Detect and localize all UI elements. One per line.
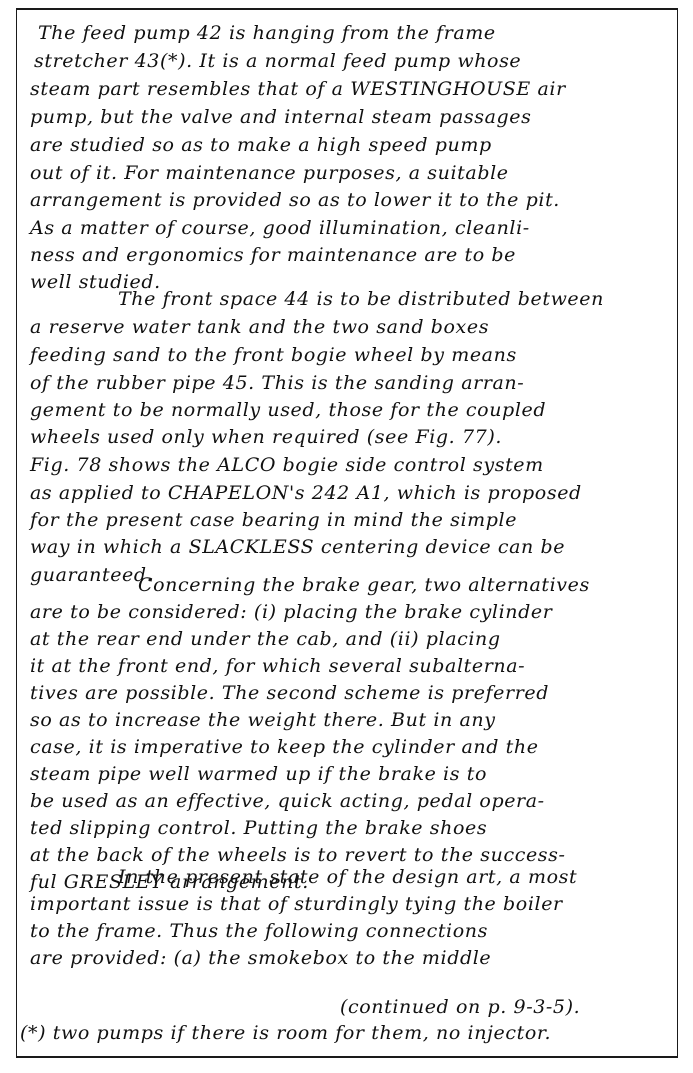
text-line: of the rubber pipe 45. This is the sandi…: [30, 372, 524, 394]
text-line: ted slipping control. Putting the brake …: [30, 817, 487, 839]
text-line: feeding sand to the front bogie wheel by…: [30, 344, 517, 366]
text-line: at the rear end under the cab, and (ii) …: [30, 628, 501, 650]
manuscript-page: The feed pump 42 is hanging from the fra…: [0, 0, 693, 1073]
text-line: The feed pump 42 is hanging from the fra…: [38, 22, 496, 44]
text-line: way in which a SLACKLESS centering devic…: [30, 536, 565, 558]
text-line: Fig. 78 shows the ALCO bogie side contro…: [30, 454, 544, 476]
text-line: guaranteed.: [30, 564, 153, 586]
text-line: wheels used only when required (see Fig.…: [30, 426, 502, 448]
text-line: case, it is imperative to keep the cylin…: [30, 736, 539, 758]
text-line: it at the front end, for which several s…: [30, 655, 525, 677]
text-line: to the frame. Thus the following connect…: [30, 920, 488, 942]
text-line: important issue is that of sturdingly ty…: [30, 893, 563, 915]
footnote: (*) two pumps if there is room for them,…: [20, 1022, 551, 1044]
text-line: In the present state of the design art, …: [118, 866, 577, 888]
text-line: The front space 44 is to be distributed …: [118, 288, 604, 310]
text-line: are studied so as to make a high speed p…: [30, 134, 492, 156]
text-line: be used as an effective, quick acting, p…: [30, 790, 545, 812]
text-line: are to be considered: (i) placing the br…: [30, 601, 552, 623]
text-line: for the present case bearing in mind the…: [30, 509, 517, 531]
text-line: as applied to CHAPELON's 242 A1, which i…: [30, 482, 582, 504]
text-line: out of it. For maintenance purposes, a s…: [30, 162, 509, 184]
text-line: are provided: (a) the smokebox to the mi…: [30, 947, 491, 969]
text-line: so as to increase the weight there. But …: [30, 709, 496, 731]
text-line: at the back of the wheels is to revert t…: [30, 844, 566, 866]
continuation-note: (continued on p. 9-3-5).: [340, 996, 580, 1018]
text-line: pump, but the valve and internal steam p…: [30, 106, 531, 128]
text-line: steam pipe well warmed up if the brake i…: [30, 763, 487, 785]
text-line: ness and ergonomics for maintenance are …: [30, 244, 516, 266]
text-line: tives are possible. The second scheme is…: [30, 682, 549, 704]
text-line: gement to be normally used, those for th…: [30, 399, 546, 421]
text-line: Concerning the brake gear, two alternati…: [138, 574, 590, 596]
text-line: arrangement is provided so as to lower i…: [30, 189, 560, 211]
text-line: a reserve water tank and the two sand bo…: [30, 316, 489, 338]
text-line: stretcher 43(*). It is a normal feed pum…: [34, 50, 521, 72]
text-line: As a matter of course, good illumination…: [30, 217, 530, 239]
text-line: steam part resembles that of a WESTINGHO…: [30, 78, 566, 100]
